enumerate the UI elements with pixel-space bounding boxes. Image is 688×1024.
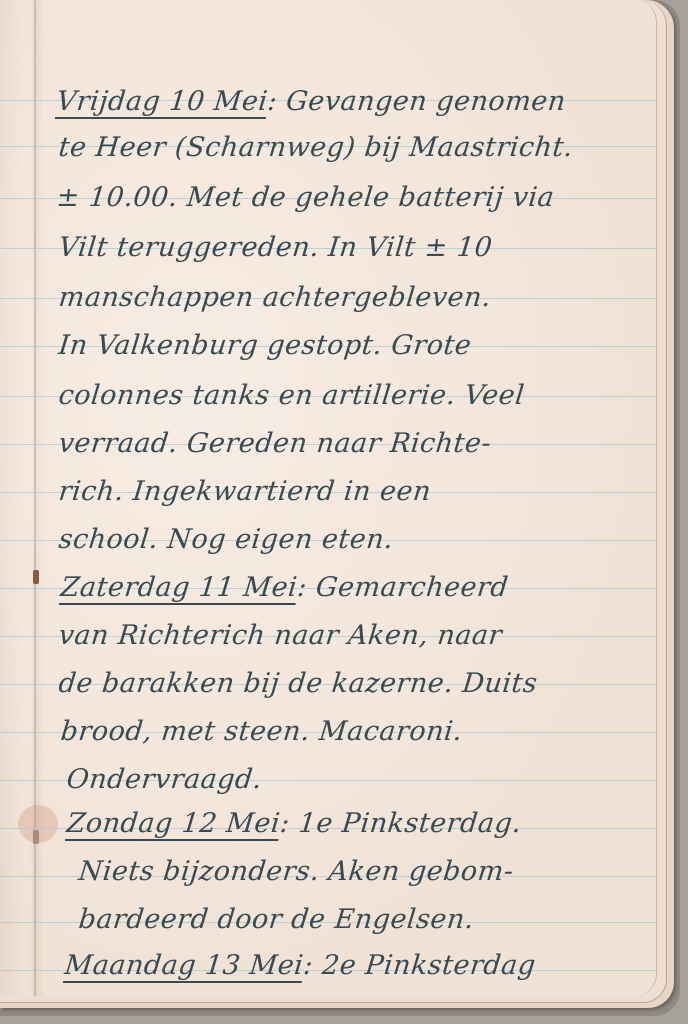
- diary-line: school. Nog eigen eten.: [56, 524, 395, 570]
- binding-staple: [33, 570, 39, 584]
- diary-line: Ondervraagd.: [64, 764, 264, 810]
- diary-line: ± 10.00. Met de gehele batterij via: [54, 182, 556, 228]
- entry-date: Zondag 12 Mei: [65, 808, 282, 839]
- diary-line: brood, met steen. Macaroni.: [58, 716, 464, 762]
- diary-page: Vrijdag 10 Mei: Gevangen genomen te Heer…: [0, 0, 657, 996]
- diary-line: verraad. Gereden naar Richte-: [56, 428, 493, 474]
- diary-line: In Valkenburg gestopt. Grote: [56, 330, 473, 376]
- diary-line: rich. Ingekwartierd in een: [56, 476, 433, 522]
- diary-line: Maandag 13 Mei: 2e Pinksterdag: [62, 950, 538, 996]
- diary-line: colonnes tanks en artillerie. Veel: [56, 380, 526, 426]
- diary-line: manschappen achtergebleven.: [56, 282, 493, 328]
- diary-line: Vilt teruggereden. In Vilt ± 10: [56, 232, 494, 278]
- entry-date: Vrijdag 10 Mei: [55, 86, 269, 117]
- diary-line: de barakken bij de kazerne. Duits: [56, 668, 539, 714]
- entry-date: Maandag 13 Mei: [63, 950, 305, 981]
- diary-line: Zaterdag 11 Mei: Gemarcheerd: [58, 572, 510, 618]
- diary-line: te Heer (Scharnweg) bij Maastricht.: [56, 132, 575, 178]
- diary-line: van Richterich naar Aken, naar: [56, 620, 504, 666]
- diary-line: Vrijdag 10 Mei: Gevangen genomen: [54, 86, 568, 132]
- page-fold: [34, 0, 36, 996]
- diary-line: Zondag 12 Mei: 1e Pinksterdag.: [64, 808, 524, 854]
- diary-line: bardeerd door de Engelsen.: [76, 904, 476, 950]
- binding-staple: [33, 830, 39, 844]
- entry-date: Zaterdag 11 Mei: [59, 572, 299, 603]
- diary-line: Niets bijzonders. Aken gebom-: [76, 856, 516, 902]
